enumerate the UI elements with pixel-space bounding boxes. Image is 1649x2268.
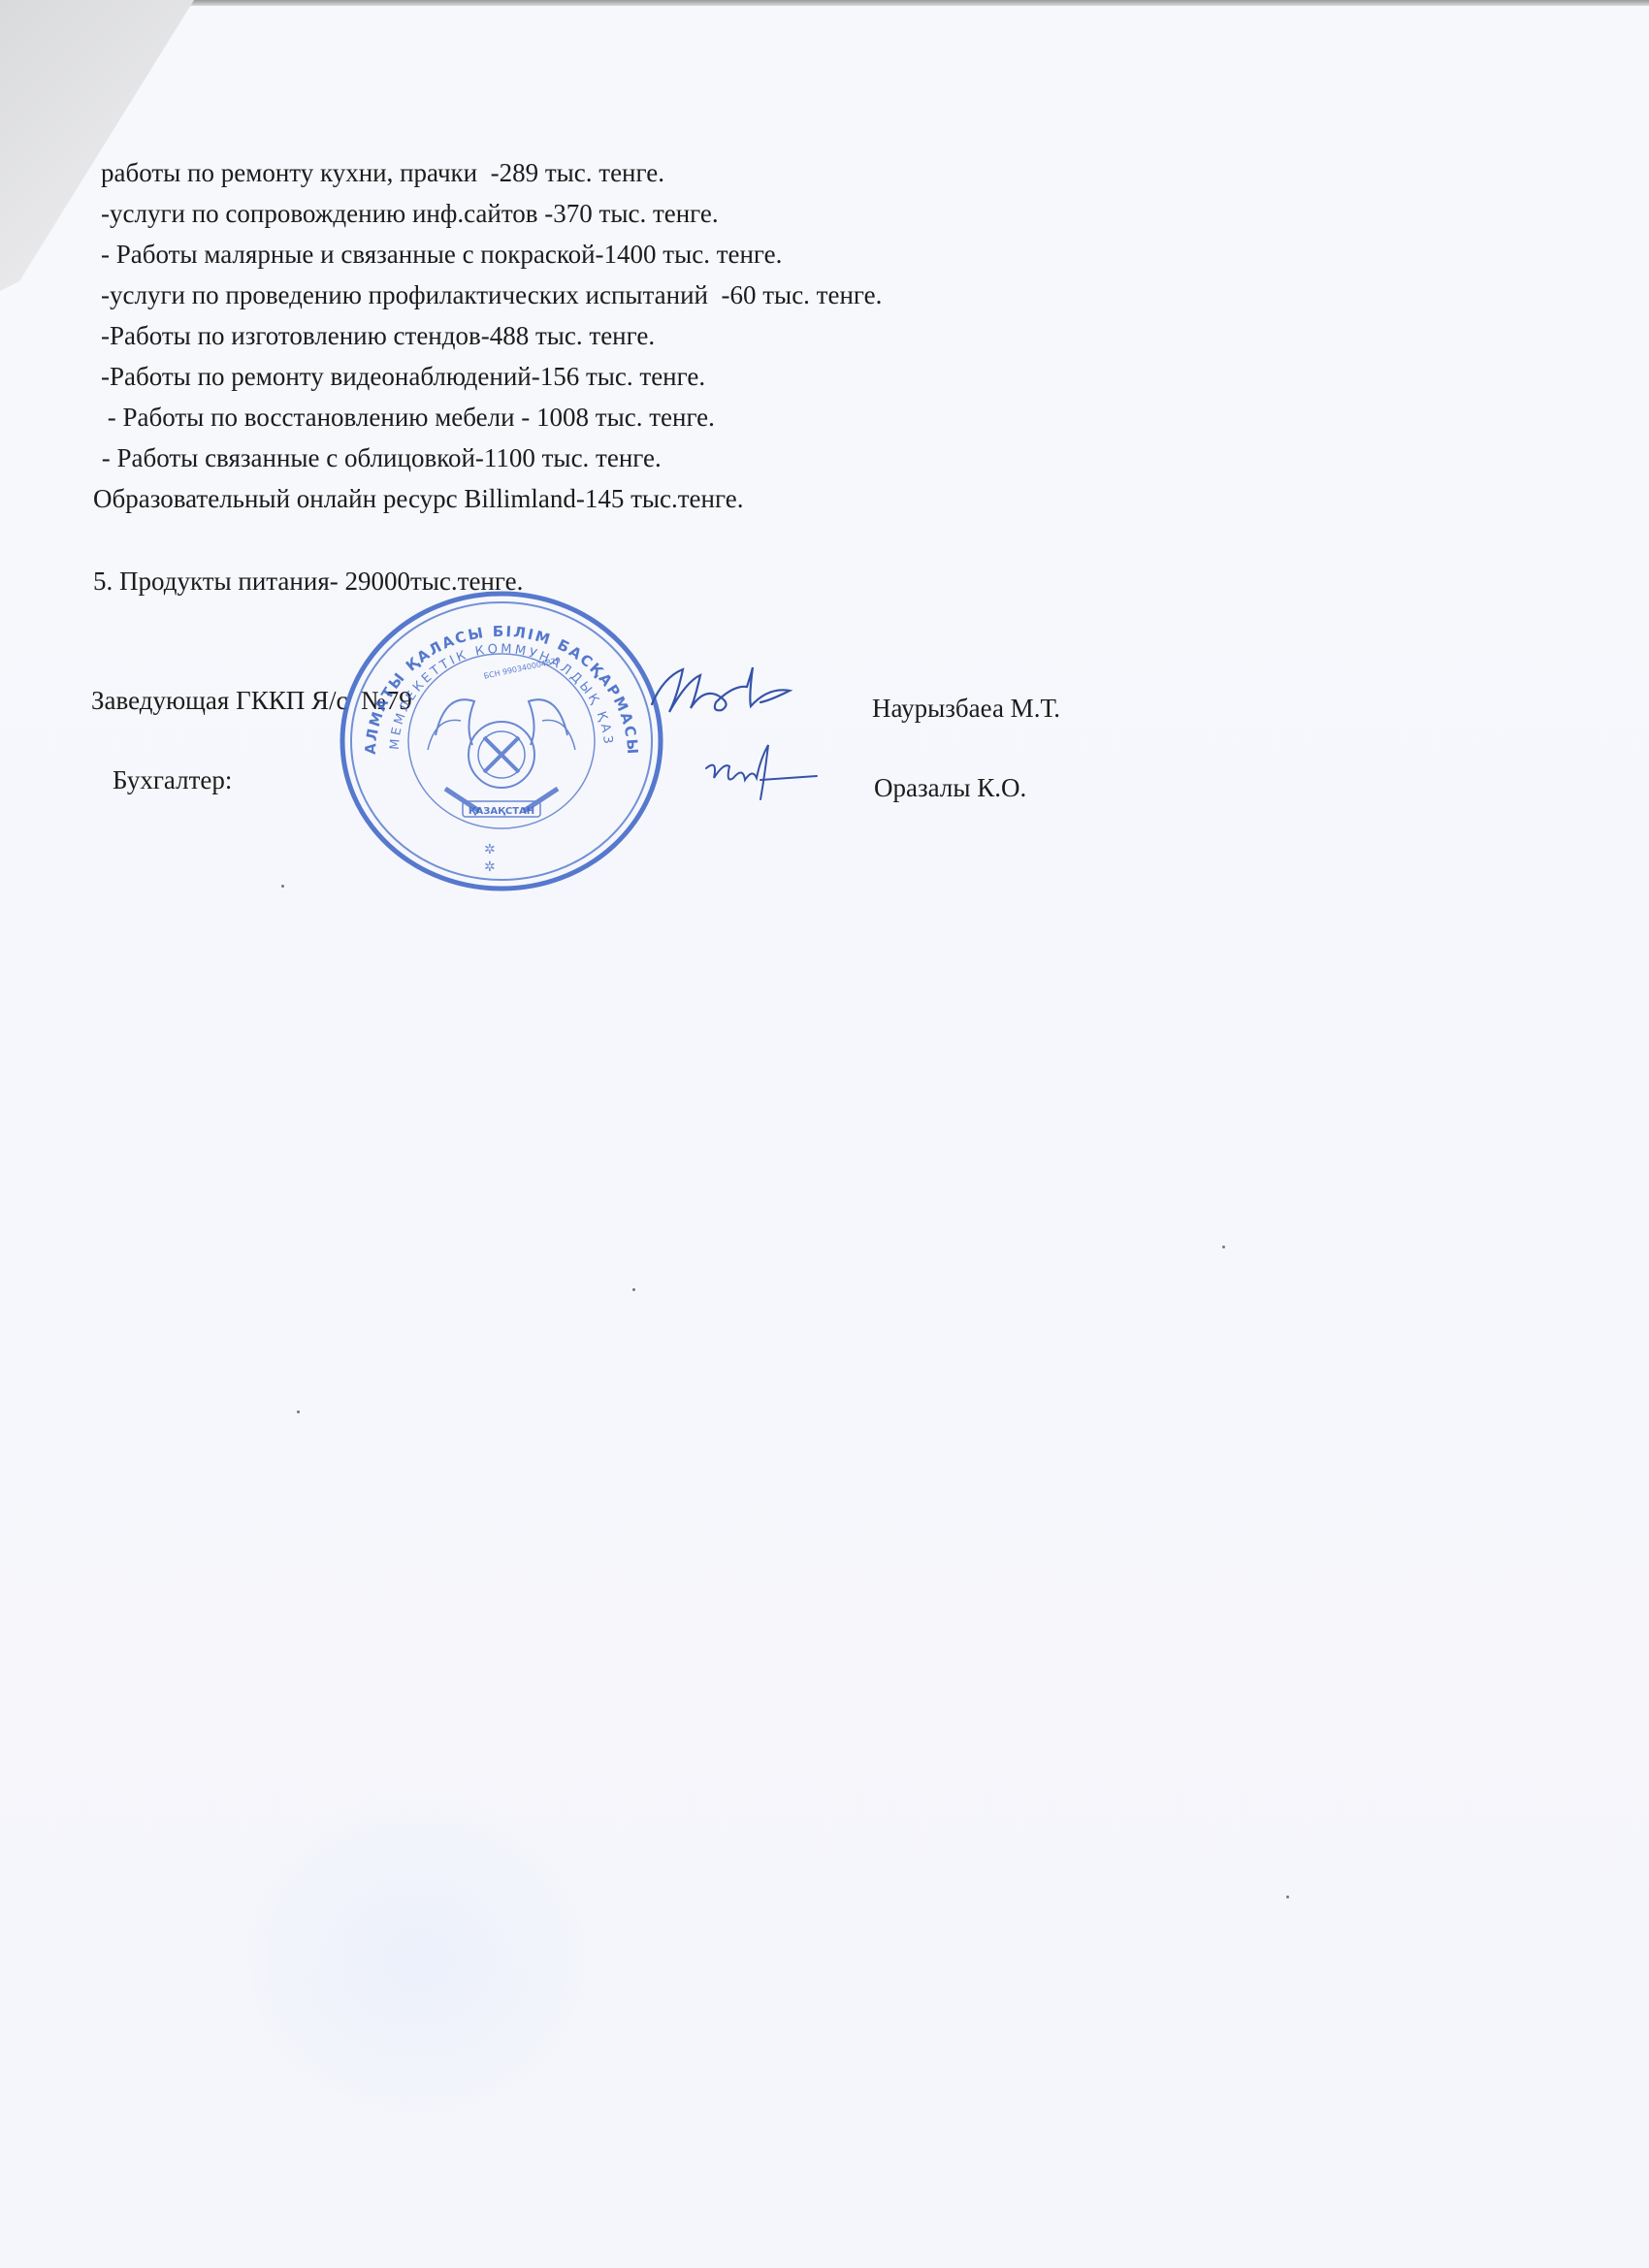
head-signature: [644, 658, 819, 726]
accountant-title: Бухгалтер:: [113, 764, 232, 795]
scan-top-edge: [0, 0, 1649, 6]
svg-text:✲: ✲: [484, 859, 496, 875]
item-online-resource: Образовательный онлайн ресурс Billimland…: [93, 483, 743, 514]
scan-speck: [281, 885, 284, 888]
item-site-support: -услуги по сопровождению инф.сайтов -370…: [101, 198, 719, 229]
document-page: работы по ремонту кухни, прачки -289 тыс…: [0, 0, 1649, 2268]
head-name: Наурызбаеа М.Т.: [872, 693, 1060, 724]
svg-text:✲: ✲: [484, 842, 496, 858]
accountant-name: Оразалы К.О.: [874, 772, 1026, 803]
item-kitchen-repair: работы по ремонту кухни, прачки -289 тыс…: [101, 157, 664, 188]
item-furniture-restoration: - Работы по восстановлению мебели - 1008…: [101, 402, 715, 433]
official-stamp: АЛМАТЫ ҚАЛАСЫ БІЛІМ БАСҚАРМАСЫНЫҢ «№79 Б…: [339, 590, 664, 892]
accountant-signature: [700, 739, 826, 817]
item-preventive-tests: -услуги по проведению профилактических и…: [101, 279, 882, 310]
scan-speck: [632, 1288, 635, 1291]
scan-speck: [297, 1410, 300, 1413]
item-painting: - Работы малярные и связанные с покраско…: [101, 239, 782, 270]
faint-stamp-bleedthrough: [233, 1795, 601, 2124]
svg-text:ҚАЗАҚСТАН: ҚАЗАҚСТАН: [469, 806, 534, 817]
item-stands: -Работы по изготовлению стендов-488 тыс.…: [101, 320, 655, 351]
scan-speck: [1222, 1246, 1225, 1248]
scan-speck: [1286, 1895, 1289, 1898]
item-cctv-repair: -Работы по ремонту видеонаблюдений-156 т…: [101, 361, 705, 392]
item-cladding: - Работы связанные с облицовкой-1100 тыс…: [95, 442, 662, 473]
